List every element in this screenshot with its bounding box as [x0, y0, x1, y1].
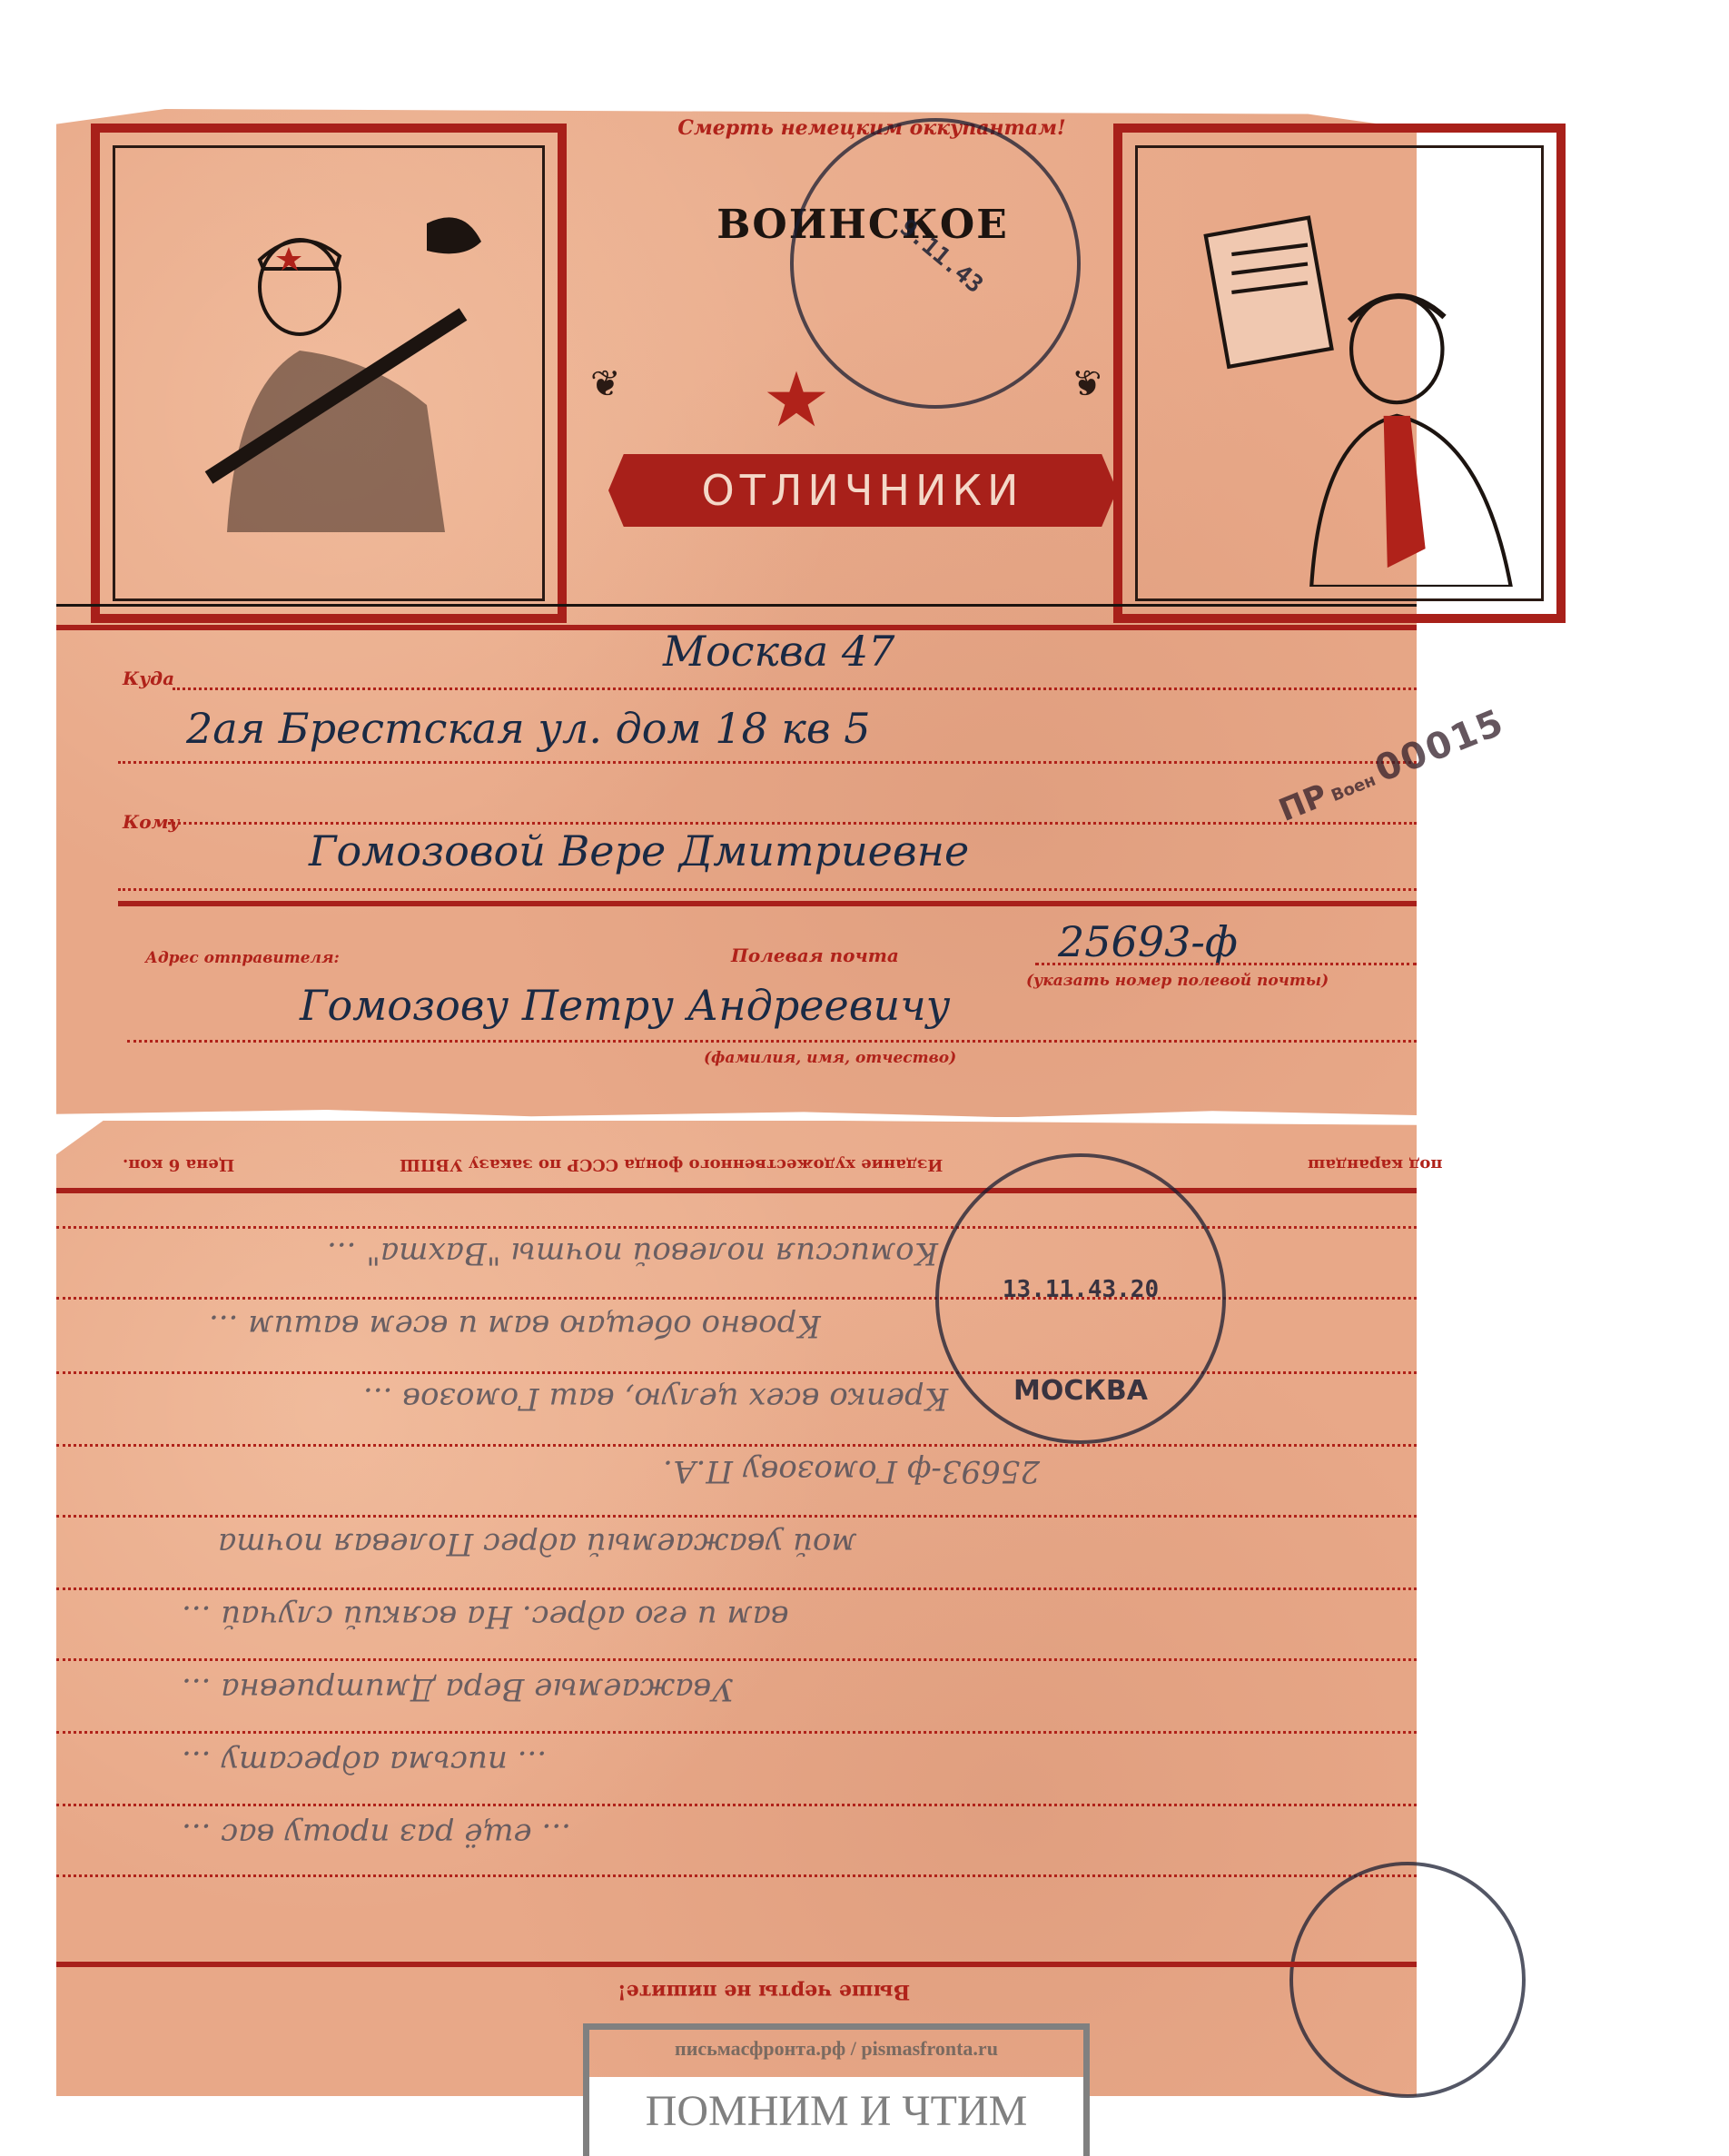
pencil-note: под карандаш	[1308, 1155, 1443, 1174]
pioneer-illustration-icon	[1159, 169, 1540, 587]
writing-line	[56, 1587, 1417, 1590]
moscow-postmark: 13.11.43.20 МОСКВА	[935, 1153, 1226, 1444]
banner-text: ОТЛИЧНИКИ	[702, 466, 1024, 515]
header-rule-black	[56, 604, 1417, 607]
letter-line: вам и его адрес. На всякий случай ...	[182, 1598, 789, 1635]
to-street-handwritten: 2ая Брестская ул. дом 18 кв 5	[186, 704, 870, 753]
letter-line: 25693-ф Гомозову П.А.	[663, 1453, 1040, 1489]
letter-line: ... ещё раз прошу вас ...	[182, 1816, 571, 1853]
writing-line	[56, 1515, 1417, 1518]
to-city-handwritten: Москва 47	[663, 627, 894, 676]
site-watermark: письмасфронта.рф / pismasfronta.ru ПОМНИ…	[583, 2023, 1090, 2156]
price-imprint: Цена 6 коп.	[123, 1155, 234, 1174]
warning-rule	[56, 1962, 1417, 1967]
letter-line: Крепко всех целую, ваш Гомозов ...	[363, 1380, 948, 1417]
watermark-url: письмасфронта.рф / pismasfronta.ru	[589, 2037, 1083, 2061]
letter-line: мой уважаемый адрес Полевая почта	[218, 1526, 857, 1562]
laurel-left-icon: ❦	[590, 363, 621, 405]
watermark-motto: ПОМНИМ И ЧТИМ	[589, 2086, 1083, 2136]
pioneer-illustration-frame	[1113, 124, 1566, 623]
writing-line	[56, 1804, 1417, 1806]
partial-postmark	[1289, 1862, 1526, 2098]
letter-line: Уважаемые Вера Дмитриевна ...	[182, 1671, 734, 1707]
writing-line	[56, 1874, 1417, 1877]
warning-text: Выше черты не пишите!	[617, 1980, 910, 2003]
field-post-label: Полевая почта	[731, 944, 899, 966]
letter-line: ... письма адресату ...	[182, 1744, 547, 1780]
red-star-icon	[765, 368, 828, 431]
to-label: Куда	[123, 668, 174, 689]
title-banner: ОТЛИЧНИКИ	[608, 454, 1117, 527]
field-post-hint: (указать номер полевой почты)	[1026, 972, 1329, 990]
to-line-1	[173, 687, 1417, 690]
writing-line	[56, 1226, 1417, 1229]
writing-line	[56, 1658, 1417, 1661]
writing-line	[56, 1731, 1417, 1734]
writing-line	[56, 1371, 1417, 1374]
laurel-right-icon: ❦	[1072, 363, 1102, 405]
writing-line	[56, 1444, 1417, 1447]
sender-label: Адрес отправителя:	[145, 949, 340, 967]
field-post-handwritten: 25693-ф	[1058, 917, 1238, 966]
address-rule-red	[118, 901, 1417, 906]
soldier-illustration-frame	[91, 124, 567, 623]
sender-hint: (фамилия, имя, отчество)	[704, 1049, 956, 1067]
letter-line: Комиссия полевой почты "Вахта" ...	[327, 1235, 938, 1271]
to-line-2	[118, 761, 1417, 764]
sender-name-handwritten: Гомозову Петру Андреевичу	[300, 981, 950, 1030]
sender-line	[127, 1040, 1417, 1043]
publisher-imprint: Издание художественного фонда СССР по за…	[400, 1155, 943, 1174]
whom-handwritten: Гомозовой Вере Дмитриевне	[309, 826, 969, 875]
field-post-line	[1035, 963, 1417, 965]
whom-line-2	[118, 888, 1417, 891]
imprint-rule	[56, 1188, 1417, 1193]
whom-line-1	[168, 822, 1417, 825]
letter-line: Кровно обещаю вам и всем вашим ...	[209, 1308, 821, 1344]
soldier-illustration-icon	[154, 169, 518, 569]
